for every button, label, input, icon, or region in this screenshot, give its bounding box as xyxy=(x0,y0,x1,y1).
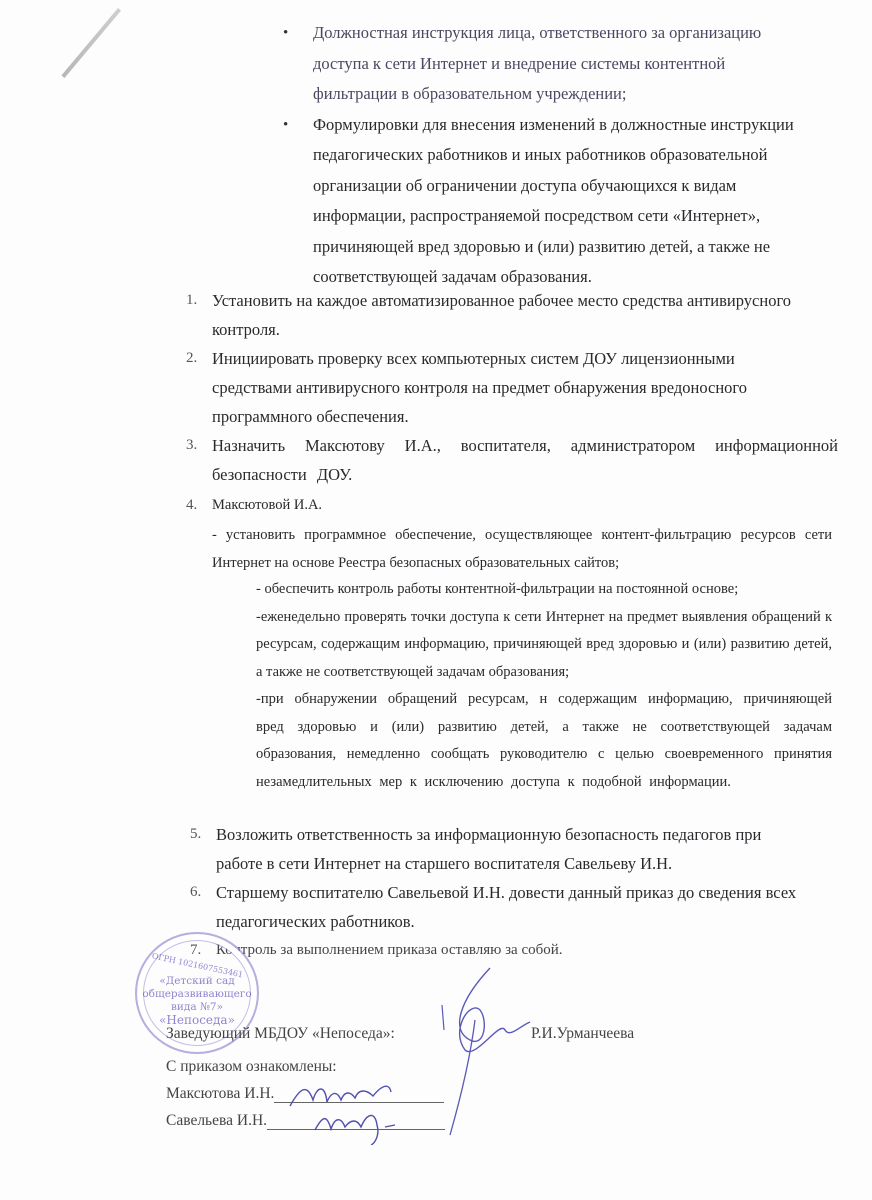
staff-signature-line: Максютова И.Н. xyxy=(166,1085,444,1103)
acknowledged-label: С приказом ознакомлены: xyxy=(166,1058,337,1076)
order-item-4: 4. Максютовой И.А. xyxy=(186,491,836,520)
head-name: Р.И.Урманчеева xyxy=(531,1025,634,1043)
bullet-item: Должностная инструкция лица, ответственн… xyxy=(280,18,840,110)
head-signature-icon xyxy=(430,960,540,1150)
duty-point: - обеспечить контроль работы контентной-… xyxy=(256,576,832,604)
order-item-6: 6. Старшему воспитателю Савельевой И.Н. … xyxy=(190,878,844,936)
order-item-2: 2. Инициировать проверку всех компьютерн… xyxy=(186,344,802,431)
order-items-list-continued: 5. Возложить ответственность за информац… xyxy=(190,820,840,965)
order-items-list: 1. Установить на каждое автоматизированн… xyxy=(186,286,836,520)
item4-duties: - обеспечить контроль работы контентной-… xyxy=(256,576,832,796)
order-item-1: 1. Установить на каждое автоматизированн… xyxy=(186,286,822,344)
scan-edge-mark xyxy=(61,8,121,78)
attachment-bullet-list: Должностная инструкция лица, ответственн… xyxy=(280,18,840,293)
order-item-7: 7. Контроль за выполнением приказа остав… xyxy=(190,936,840,965)
order-item-3: 3. Назначить Максютову И.А., воспитателя… xyxy=(186,431,838,489)
signature-line xyxy=(267,1115,445,1130)
document-page: Должностная инструкция лица, ответственн… xyxy=(0,0,872,1200)
duty-point: -еженедельно проверять точки доступа к с… xyxy=(256,604,832,687)
staff-signature-line: Савельева И.Н. xyxy=(166,1112,445,1130)
bullet-item: Формулировки для внесения изменений в до… xyxy=(280,110,840,293)
duty-point: -при обнаружении обращений ресурсам, н с… xyxy=(256,686,832,796)
head-title: Заведующий МБДОУ «Непоседа»: xyxy=(166,1025,395,1043)
item4-install-instruction: - установить программное обеспечение, ос… xyxy=(212,522,832,577)
order-item-5: 5. Возложить ответственность за информац… xyxy=(190,820,806,878)
signature-line xyxy=(274,1088,444,1103)
